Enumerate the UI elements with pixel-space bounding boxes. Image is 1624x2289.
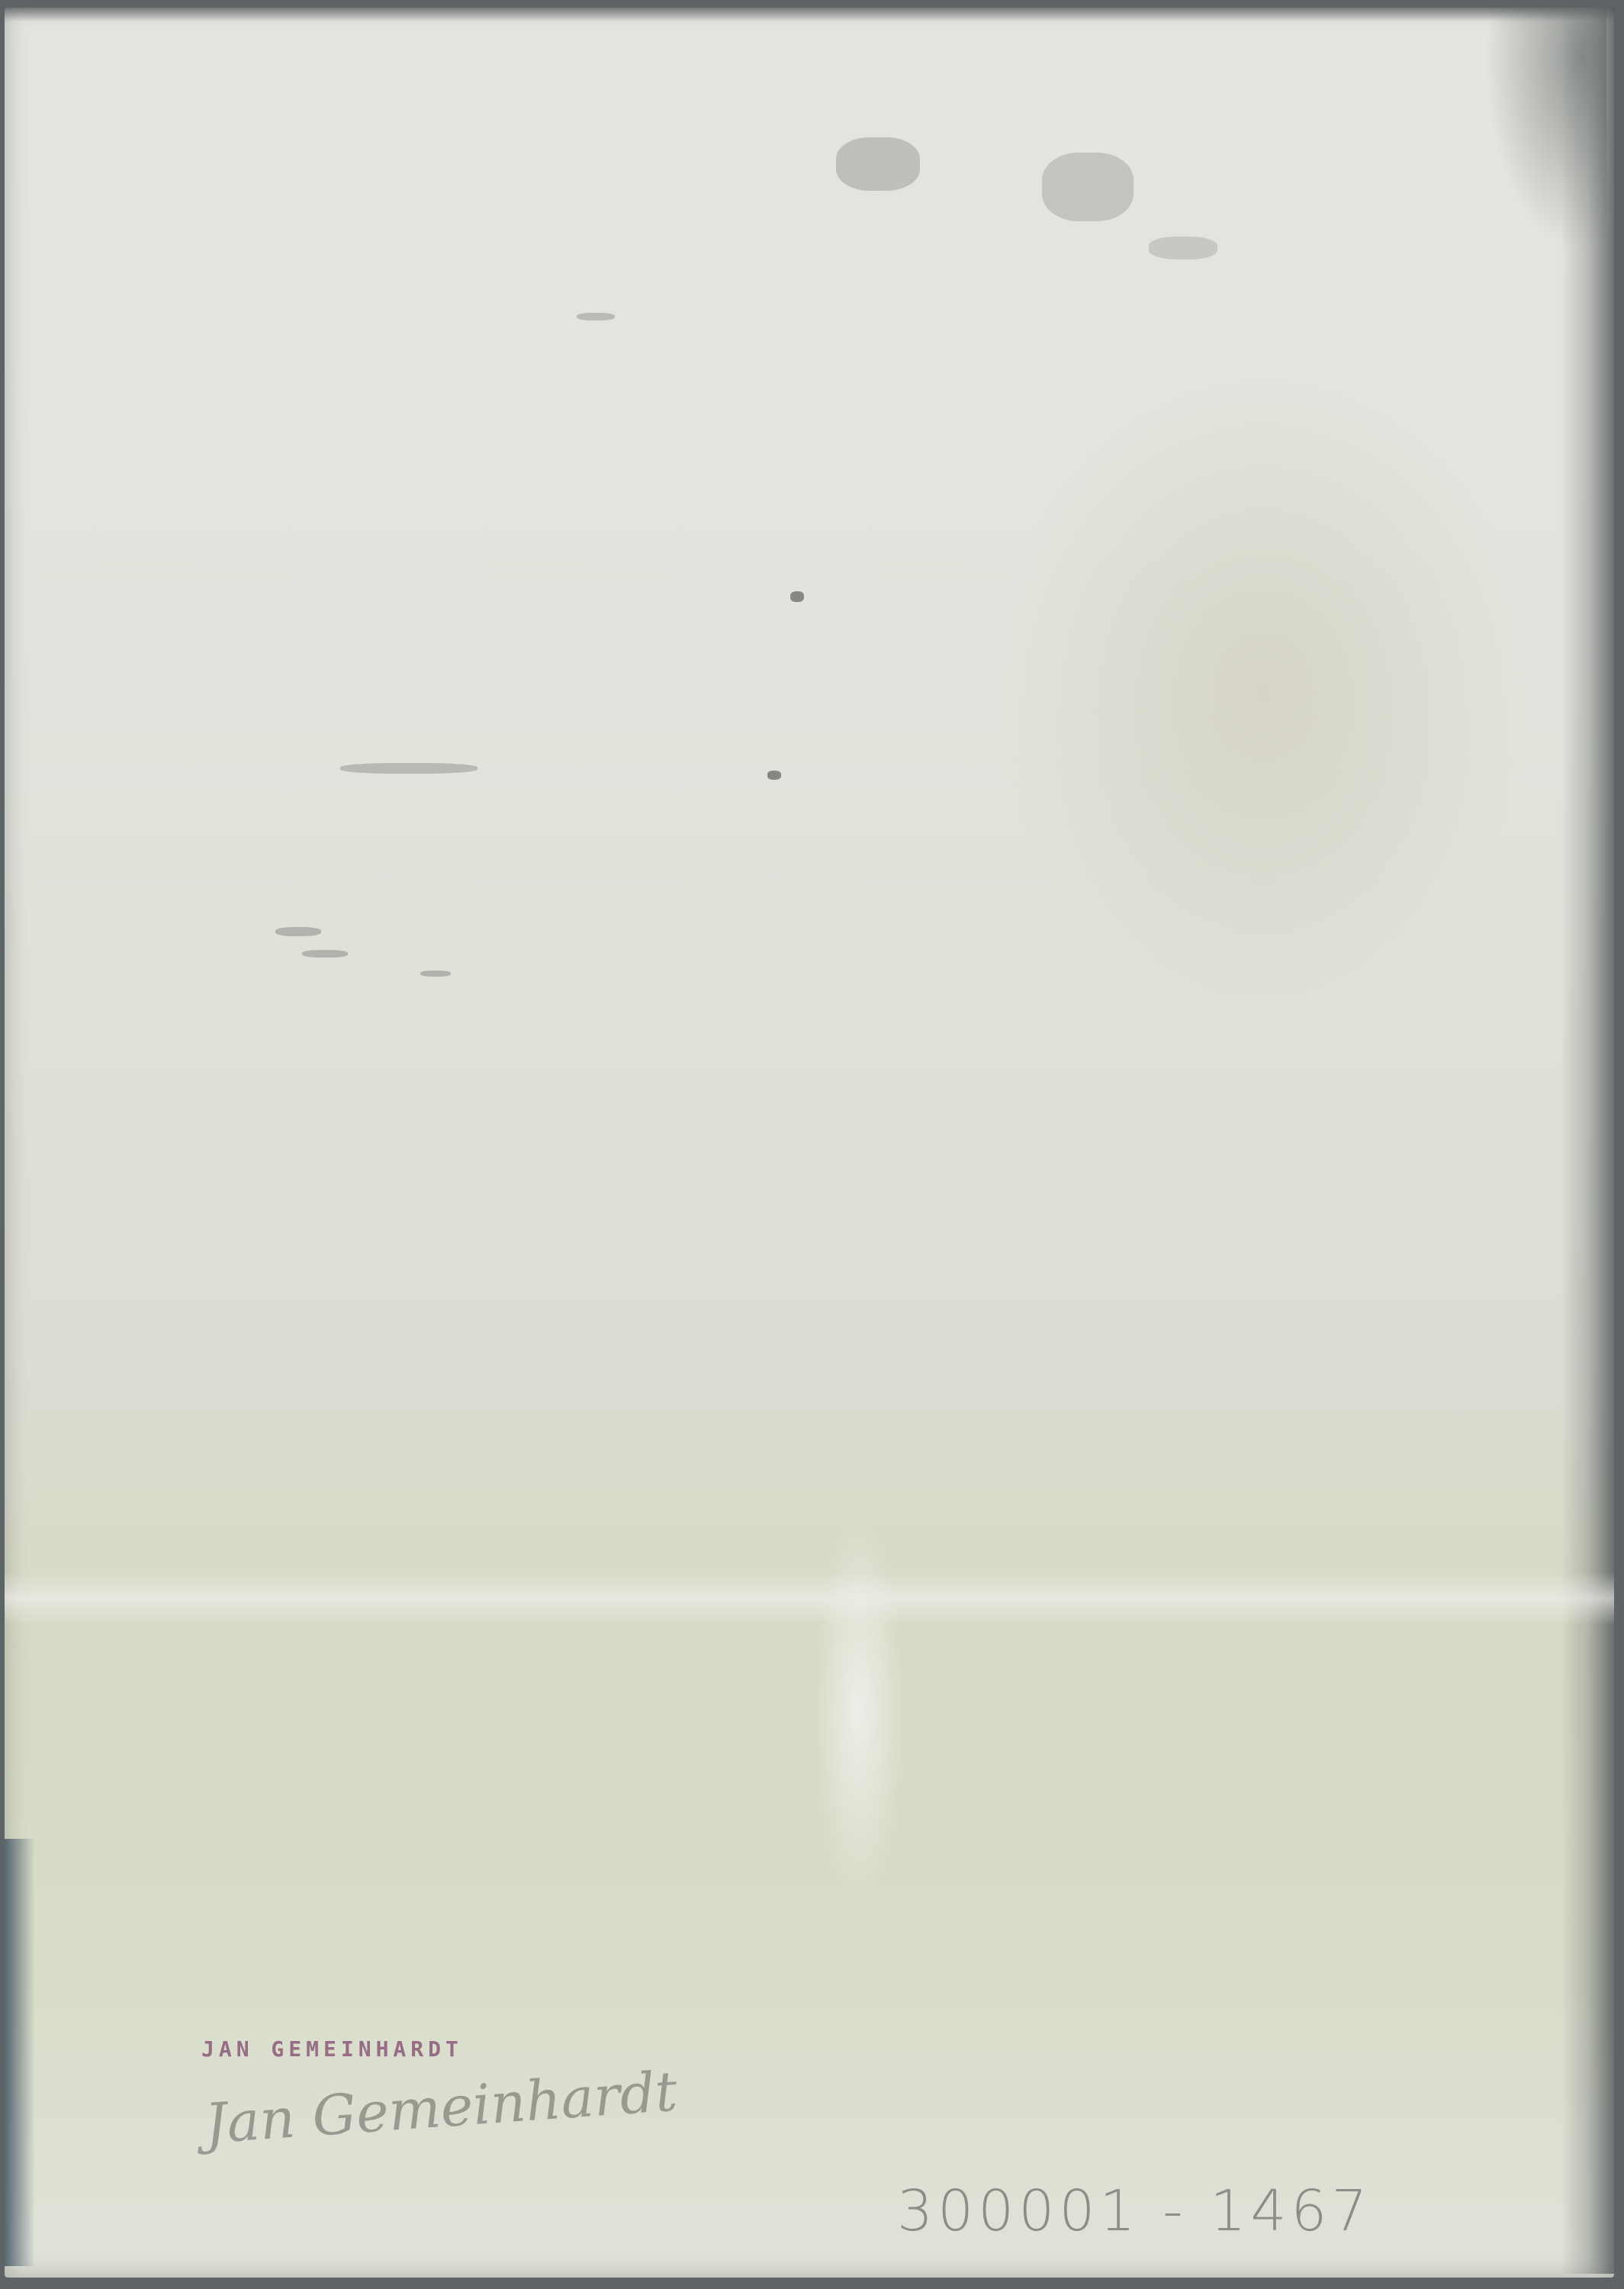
pencil-smudge xyxy=(767,771,781,780)
pencil-smudge xyxy=(790,591,804,602)
paper-sheet: JAN GEMEINHARDT Jan Gemeinhardt 300001 -… xyxy=(5,8,1614,2278)
pencil-smudge xyxy=(1149,237,1217,259)
pencil-smudge xyxy=(577,313,615,320)
corner-smudge xyxy=(1484,8,1606,252)
pencil-smudge xyxy=(836,137,920,191)
light-streak xyxy=(813,1518,905,1900)
pencil-smudge xyxy=(1042,153,1134,221)
artist-signature: Jan Gemeinhardt xyxy=(203,2059,680,2155)
pencil-smudge xyxy=(302,950,348,958)
pencil-smudge xyxy=(275,927,321,936)
left-edge-stain xyxy=(5,1839,35,2266)
artist-stamp: JAN GEMEINHARDT xyxy=(201,2036,463,2062)
pencil-smudge xyxy=(420,971,451,977)
right-edge-stain xyxy=(1561,8,1614,2274)
top-edge-stain xyxy=(5,8,1614,21)
pencil-smudge xyxy=(340,763,478,774)
light-band xyxy=(5,1572,1614,1625)
inventory-number: 300001 - 1467 xyxy=(897,2178,1372,2244)
